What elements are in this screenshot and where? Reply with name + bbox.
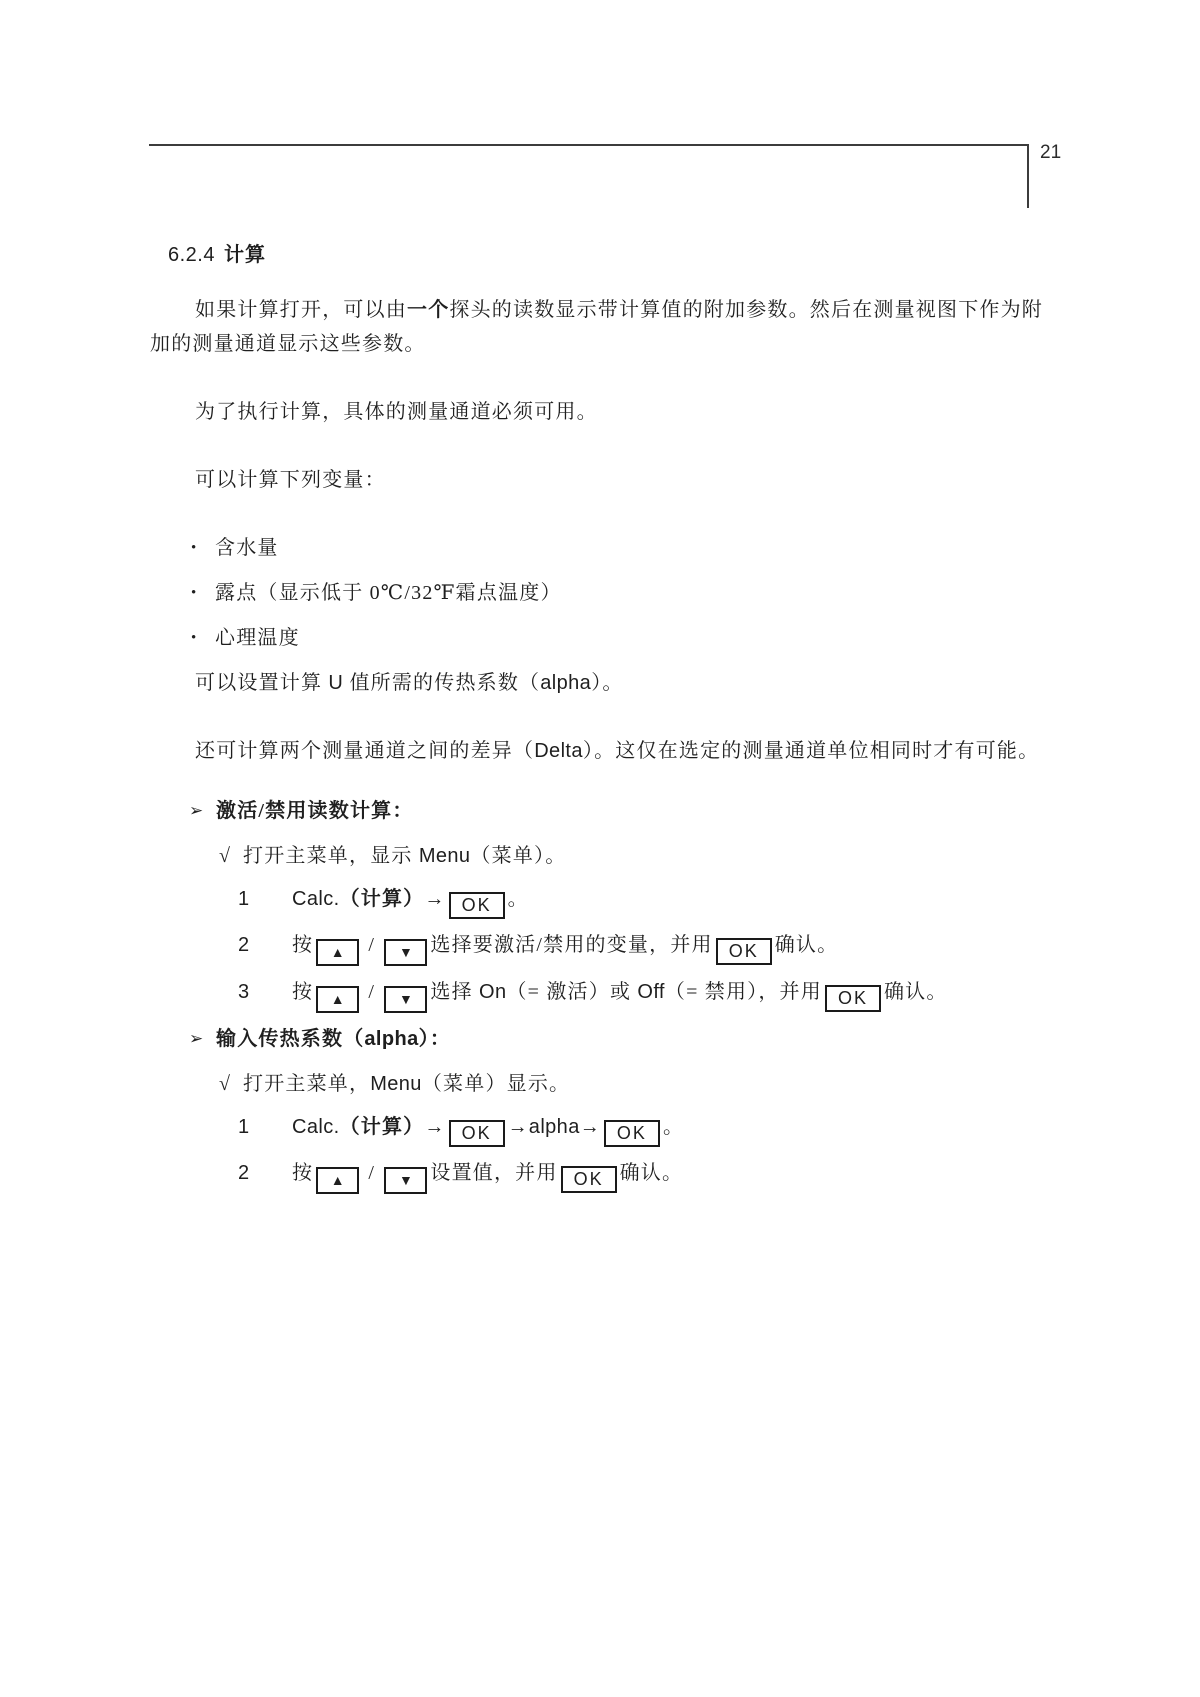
bullet-item: •露点（显示低于 0℃/32℉霜点温度） [191,576,1060,610]
bullet-icon: • [191,576,215,610]
text-run: / [362,934,381,956]
text-run: On [479,981,506,1003]
text-run: 按 [292,934,313,956]
arrow-bullet-icon: ➢ [189,1022,216,1056]
ok-key-graphic: OK [449,1120,505,1147]
text-run: 打开主菜单，显示 [243,845,419,867]
text-run: 按 [292,981,313,1003]
text-run: 确认。 [884,981,948,1003]
page-number: 21 [1040,142,1061,164]
text-run: 输入传热系数（ [216,1028,364,1050]
step-text: 按▲ / ▼选择要激活/禁用的变量，并用OK确认。 [292,928,1060,966]
step-marker: 1 [238,882,292,919]
blocks-container: 如果计算打开，可以由一个探头的读数显示带计算值的附加参数。然后在测量视图下作为附… [150,293,1060,1194]
text-run: Delta [534,740,583,762]
procedure-step: √打开主菜单，显示 Menu（菜单）。 [219,839,1060,873]
paragraph: 还可计算两个测量通道之间的差异（Delta）。这仅在选定的测量通道单位相同时才有… [150,734,1060,768]
up-arrow-key-graphic: ▲ [316,986,359,1013]
section-heading: 6.2.4计算 [168,238,1060,272]
text-run: 心理温度 [215,627,300,649]
step-marker: √ [219,1067,243,1101]
procedure-step: 3按▲ / ▼选择 On（= 激活）或 Off（= 禁用），并用OK确认。 [238,975,1060,1013]
down-arrow-key-graphic: ▼ [384,986,427,1013]
section-title: 计算 [224,244,266,266]
text-run: U [328,672,343,694]
text-run: 值所需的传热系数（ [343,672,540,694]
text-run: / [362,981,381,1003]
up-arrow-key-graphic: ▲ [316,939,359,966]
step-text: 按▲ / ▼设置值，并用OK确认。 [292,1156,1060,1194]
bullet-item: •含水量 [191,531,1060,565]
procedure-step: √打开主菜单，Menu（菜单）显示。 [219,1067,1060,1101]
bullet-text: 心理温度 [215,621,300,655]
bullet-text: 露点（显示低于 0℃/32℉霜点温度） [215,576,562,610]
text-run: Menu [419,845,471,867]
text-run: ）： [419,1028,451,1050]
step-text: 按▲ / ▼选择 On（= 激活）或 Off（= 禁用），并用OK确认。 [292,975,1060,1013]
text-run: Off [637,981,665,1003]
procedure-step: 2按▲ / ▼设置值，并用OK确认。 [238,1156,1060,1194]
text-run: （计算） [340,1116,425,1138]
text-run: 露点（显示低于 0℃/32℉霜点温度） [215,582,562,604]
arrow-bullet-icon: ➢ [189,794,216,828]
procedure-heading-text: 激活/禁用读数计算： [216,794,414,828]
text-run: 设置值，并用 [430,1162,557,1184]
ok-key-graphic: OK [561,1166,617,1193]
text-run: Menu [370,1073,422,1095]
text-run: 含水量 [215,537,279,559]
text-run: 如果计算打开，可以由 [195,299,407,321]
step-marker: 2 [238,1156,292,1194]
text-run: alpha [540,672,591,694]
text-run: 激活/禁用读数计算： [216,800,414,822]
section-number: 6.2.4 [168,244,215,266]
bullet-icon: • [191,531,215,565]
text-run: 按 [292,1162,313,1184]
text-run: 可以设置计算 [195,672,328,694]
text-run: （菜单）。 [470,845,566,867]
text-run: alpha [529,1116,580,1138]
text-run: （菜单）显示。 [422,1073,570,1095]
text-run: / [362,1162,381,1184]
text-run: 可以计算下列变量： [195,469,386,491]
procedure-heading: ➢输入传热系数（alpha）： [189,1022,1060,1056]
procedure-step: 1Calc.（计算）→OK。 [238,882,1060,919]
text-run: 。 [508,888,529,910]
step-text: Calc.（计算）→OK→alpha→OK。 [292,1110,1060,1147]
step-marker: 3 [238,975,292,1013]
text-run: 。 [663,1116,684,1138]
text-run: （= 禁用），并用 [665,981,822,1003]
step-marker: 1 [238,1110,292,1147]
step-marker: 2 [238,928,292,966]
procedure-step: 2按▲ / ▼选择要激活/禁用的变量，并用OK确认。 [238,928,1060,966]
step-text: 打开主菜单，Menu（菜单）显示。 [243,1067,1060,1101]
text-run: → [580,1116,601,1138]
text-run: ）。 [591,672,623,694]
procedure-heading-text: 输入传热系数（alpha）： [216,1022,451,1056]
text-run: 选择要激活/禁用的变量，并用 [430,934,712,956]
header-vertical-rule [1027,144,1029,208]
ok-key-graphic: OK [449,892,505,919]
text-run: → [508,1116,529,1138]
text-run: 选择 [430,981,479,1003]
text-run: （= 激活）或 [506,981,637,1003]
ok-key-graphic: OK [604,1120,660,1147]
text-run: 打开主菜单， [243,1073,370,1095]
bullet-icon: • [191,621,215,655]
document-content: 6.2.4计算 如果计算打开，可以由一个探头的读数显示带计算值的附加参数。然后在… [150,238,1060,1203]
step-text: 打开主菜单，显示 Menu（菜单）。 [243,839,1060,873]
text-run: 一个 [407,299,449,321]
text-run: Calc. [292,888,340,910]
paragraph: 为了执行计算，具体的测量通道必须可用。 [150,395,1060,429]
text-run: 确认。 [620,1162,684,1184]
step-marker: √ [219,839,243,873]
down-arrow-key-graphic: ▼ [384,1167,427,1194]
text-run: Calc. [292,1116,340,1138]
text-run: （计算） [340,888,425,910]
text-run: → [424,888,445,910]
ok-key-graphic: OK [825,985,881,1012]
text-run: 为了执行计算，具体的测量通道必须可用。 [195,401,598,423]
paragraph: 可以设置计算 U 值所需的传热系数（alpha）。 [150,666,1060,700]
text-run: 还可计算两个测量通道之间的差异（ [195,740,534,762]
paragraph: 可以计算下列变量： [150,463,1060,497]
ok-key-graphic: OK [716,938,772,965]
text-run: ）。这仅在选定的测量通道单位相同时才有可能。 [583,740,1039,762]
procedure-heading: ➢激活/禁用读数计算： [189,794,1060,828]
procedure-step: 1Calc.（计算）→OK→alpha→OK。 [238,1110,1060,1147]
text-run: → [424,1116,445,1138]
bullet-text: 含水量 [215,531,279,565]
header-rule [149,144,1029,146]
up-arrow-key-graphic: ▲ [316,1167,359,1194]
bullet-item: •心理温度 [191,621,1060,655]
paragraph: 如果计算打开，可以由一个探头的读数显示带计算值的附加参数。然后在测量视图下作为附… [150,293,1060,361]
step-text: Calc.（计算）→OK。 [292,882,1060,919]
text-run: alpha [364,1028,418,1050]
down-arrow-key-graphic: ▼ [384,939,427,966]
text-run: 确认。 [775,934,839,956]
document-page: 21 6.2.4计算 如果计算打开，可以由一个探头的读数显示带计算值的附加参数。… [0,0,1200,1697]
